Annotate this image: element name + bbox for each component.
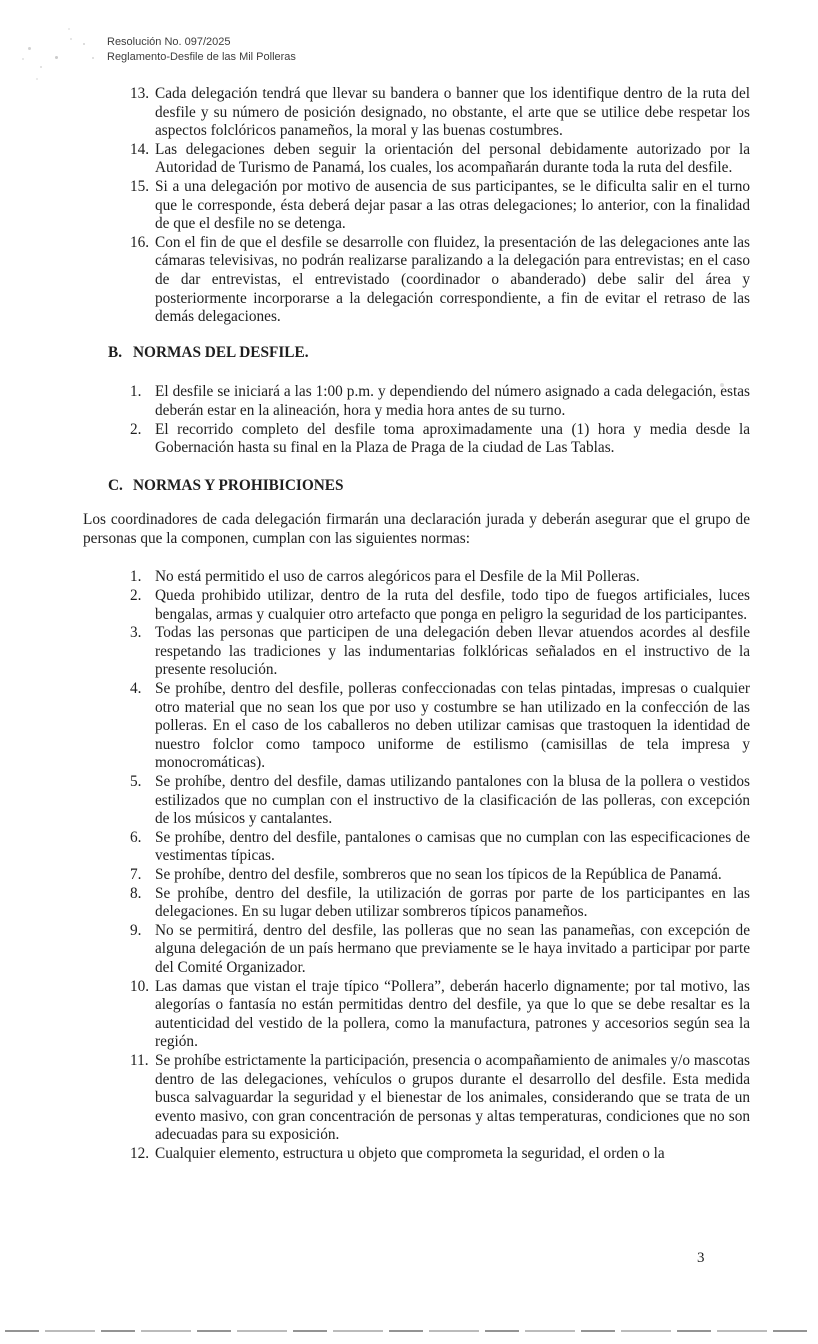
list-item: 2. Queda prohibido utilizar, dentro de l… bbox=[130, 587, 750, 624]
section-heading-c: C. NORMAS Y PROHIBICIONES bbox=[108, 477, 750, 496]
item-text: Las delegaciones deben seguir la orienta… bbox=[155, 141, 750, 178]
list-item: 4. Se prohíbe, dentro del desfile, polle… bbox=[130, 680, 750, 773]
list-item: 1. El desfile se iniciará a las 1:00 p.m… bbox=[130, 383, 750, 420]
item-number: 1. bbox=[130, 568, 155, 587]
item-number: 3. bbox=[130, 624, 155, 680]
list-item: 14. Las delegaciones deben seguir la ori… bbox=[130, 141, 750, 178]
item-number: 8. bbox=[130, 885, 155, 922]
item-text: Se prohíbe, dentro del desfile, polleras… bbox=[155, 680, 750, 773]
item-number: 9. bbox=[130, 922, 155, 978]
item-text: Se prohíbe, dentro del desfile, pantalon… bbox=[155, 829, 750, 866]
document-body: 13. Cada delegación tendrá que llevar su… bbox=[83, 85, 750, 1163]
parade-rules-list: 1. El desfile se iniciará a las 1:00 p.m… bbox=[130, 383, 750, 457]
item-number: 10. bbox=[130, 978, 155, 1052]
list-item: 1. No está permitido el uso de carros al… bbox=[130, 568, 750, 587]
item-number: 15. bbox=[130, 178, 155, 234]
header-regulation-line: Reglamento-Desfile de las Mil Polleras bbox=[107, 50, 296, 65]
list-item: 15. Si a una delegación por motivo de au… bbox=[130, 178, 750, 234]
item-text: No se permitirá, dentro del desfile, las… bbox=[155, 922, 750, 978]
list-item: 2. El recorrido completo del desfile tom… bbox=[130, 421, 750, 458]
item-number: 12. bbox=[130, 1145, 155, 1164]
list-item: 13. Cada delegación tendrá que llevar su… bbox=[130, 85, 750, 141]
list-item: 5. Se prohíbe, dentro del desfile, damas… bbox=[130, 773, 750, 829]
list-item: 10. Las damas que vistan el traje típico… bbox=[130, 978, 750, 1052]
item-number: 7. bbox=[130, 866, 155, 885]
item-number: 2. bbox=[130, 421, 155, 458]
item-number: 1. bbox=[130, 383, 155, 420]
scan-speck bbox=[68, 28, 70, 30]
item-number: 4. bbox=[130, 680, 155, 773]
scan-speck bbox=[83, 43, 85, 45]
item-number: 2. bbox=[130, 587, 155, 624]
item-text: Cualquier elemento, estructura u objeto … bbox=[155, 1145, 750, 1164]
section-title: NORMAS DEL DESFILE. bbox=[133, 344, 309, 363]
list-item: 11. Se prohíbe estrictamente la particip… bbox=[130, 1052, 750, 1145]
scan-artifact-line bbox=[5, 1330, 812, 1332]
list-item: 7. Se prohíbe, dentro del desfile, sombr… bbox=[130, 866, 750, 885]
item-text: Se prohíbe estrictamente la participació… bbox=[155, 1052, 750, 1145]
item-number: 6. bbox=[130, 829, 155, 866]
item-text: Con el fin de que el desfile se desarrol… bbox=[155, 234, 750, 327]
scan-speck bbox=[40, 66, 42, 68]
item-text: Se prohíbe, dentro del desfile, la utili… bbox=[155, 885, 750, 922]
document-header: Resolución No. 097/2025 Reglamento-Desfi… bbox=[107, 35, 296, 65]
item-number: 5. bbox=[130, 773, 155, 829]
item-text: Cada delegación tendrá que llevar su ban… bbox=[155, 85, 750, 141]
item-number: 13. bbox=[130, 85, 155, 141]
scan-speck bbox=[92, 57, 94, 59]
item-text: Se prohíbe, dentro del desfile, damas ut… bbox=[155, 773, 750, 829]
scan-speck bbox=[70, 38, 72, 40]
scan-speck bbox=[36, 78, 38, 80]
section-letter: C. bbox=[108, 477, 133, 496]
list-item: 6. Se prohíbe, dentro del desfile, panta… bbox=[130, 829, 750, 866]
prohibitions-list: 1. No está permitido el uso de carros al… bbox=[130, 568, 750, 1163]
item-number: 14. bbox=[130, 141, 155, 178]
item-text: Las damas que vistan el traje típico “Po… bbox=[155, 978, 750, 1052]
list-item: 8. Se prohíbe, dentro del desfile, la ut… bbox=[130, 885, 750, 922]
list-item: 12. Cualquier elemento, estructura u obj… bbox=[130, 1145, 750, 1164]
item-text: El desfile se iniciará a las 1:00 p.m. y… bbox=[155, 383, 750, 420]
header-resolution-line: Resolución No. 097/2025 bbox=[107, 35, 296, 50]
list-item: 16. Con el fin de que el desfile se desa… bbox=[130, 234, 750, 327]
scan-speck bbox=[55, 56, 58, 59]
scan-speck bbox=[28, 47, 31, 50]
item-text: Se prohíbe, dentro del desfile, sombrero… bbox=[155, 866, 750, 885]
item-text: El recorrido completo del desfile toma a… bbox=[155, 421, 750, 458]
page-number: 3 bbox=[697, 1250, 705, 1267]
item-text: Todas las personas que participen de una… bbox=[155, 624, 750, 680]
list-item: 9. No se permitirá, dentro del desfile, … bbox=[130, 922, 750, 978]
item-text: Queda prohibido utilizar, dentro de la r… bbox=[155, 587, 750, 624]
item-text: No está permitido el uso de carros alegó… bbox=[155, 568, 750, 587]
general-rules-list: 13. Cada delegación tendrá que llevar su… bbox=[130, 85, 750, 327]
section-title: NORMAS Y PROHIBICIONES bbox=[133, 477, 344, 496]
item-text: Si a una delegación por motivo de ausenc… bbox=[155, 178, 750, 234]
item-number: 16. bbox=[130, 234, 155, 327]
item-number: 11. bbox=[130, 1052, 155, 1145]
scan-speck bbox=[22, 58, 24, 60]
section-letter: B. bbox=[108, 344, 133, 363]
list-item: 3. Todas las personas que participen de … bbox=[130, 624, 750, 680]
section-heading-b: B. NORMAS DEL DESFILE. bbox=[108, 344, 750, 363]
intro-paragraph: Los coordinadores de cada delegación fir… bbox=[83, 511, 750, 548]
